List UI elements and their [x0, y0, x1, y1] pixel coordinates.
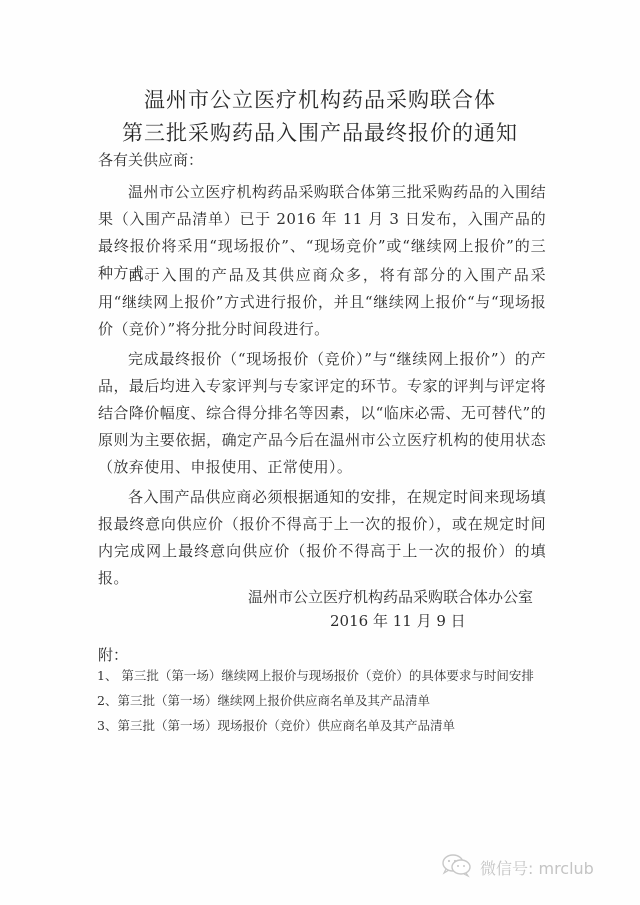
- appendix-label: 附：: [98, 644, 128, 665]
- appendix-item: 3、第三批（第一场）现场报价（竞价）供应商名单及其产品清单: [97, 716, 534, 741]
- document-page: 温州市公立医疗机构药品采购联合体 第三批采购药品入围产品最终报价的通知 各有关供…: [0, 0, 640, 905]
- paragraph-3: 完成最终报价（“现场报价（竞价）”与“继续网上报价”）的产品，最后均进入专家评判…: [98, 346, 546, 481]
- appendix-item: 2、第三批（第一场）继续网上报价供应商名单及其产品清单: [97, 691, 534, 716]
- appendix-list: 1、 第三批（第一场）继续网上报价与现场报价（竞价）的具体要求与时间安排 2、第…: [97, 666, 534, 741]
- appendix-item: 1、 第三批（第一场）继续网上报价与现场报价（竞价）的具体要求与时间安排: [97, 666, 534, 691]
- watermark-text: 微信号: mrclub: [480, 856, 594, 879]
- document-title-line1: 温州市公立医疗机构药品采购联合体: [0, 84, 640, 114]
- signature-organization: 温州市公立医疗机构药品采购联合体办公室: [248, 586, 533, 607]
- document-title-line2: 第三批采购药品入围产品最终报价的通知: [0, 117, 640, 147]
- paragraph-2: 由于入围的产品及其供应商众多，将有部分的入围产品采用“继续网上报价”方式进行报价…: [98, 262, 546, 343]
- paragraph-4: 各入围产品供应商必须根据通知的安排，在规定时间来现场填报最终意向供应价（报价不得…: [98, 484, 546, 592]
- watermark: 微信号: mrclub: [440, 852, 594, 882]
- greeting: 各有关供应商：: [98, 149, 203, 170]
- signature-date: 2016 年 11 月 9 日: [330, 610, 466, 631]
- wechat-icon: [440, 852, 480, 882]
